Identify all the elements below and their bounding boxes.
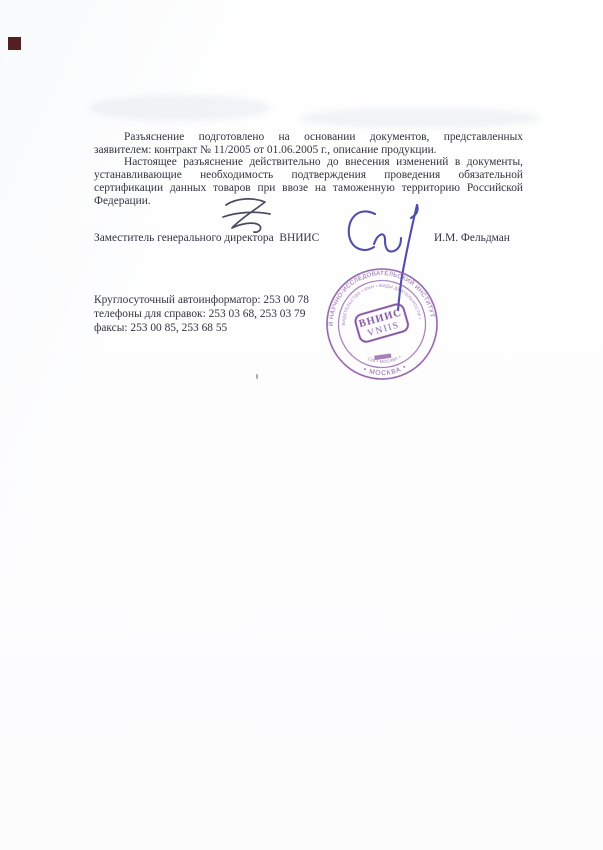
- scan-smudge: [300, 108, 540, 128]
- contact-line-faxes: факсы: 253 00 85, 253 68 55: [94, 322, 309, 336]
- scan-speck: [256, 374, 258, 379]
- vniis-stamp: ВСЕРОССИЙСКИЙ НАУЧНО-ИССЛЕДОВАТЕЛЬСКИЙ И…: [320, 262, 444, 386]
- signer-title: Заместитель генерального директора ВНИИС: [94, 232, 319, 244]
- signature-row: Заместитель генерального директора ВНИИС…: [94, 232, 523, 244]
- scanned-document-page: Разъяснение подготовлено на основании до…: [0, 0, 603, 850]
- signer-name: И.М. Фельдман: [434, 232, 510, 244]
- contact-line-autoinformer: Круглосуточный автоинформатор: 253 00 78: [94, 294, 309, 308]
- corner-scan-mark: [8, 37, 21, 50]
- document-body-text: Разъяснение подготовлено на основании до…: [94, 131, 523, 207]
- contact-line-phones: телефоны для справок: 253 03 68, 253 03 …: [94, 308, 309, 322]
- stamp-center-box: ВНИИС VNIIS: [354, 303, 410, 344]
- contact-info: Круглосуточный автоинформатор: 253 00 78…: [94, 294, 309, 336]
- scan-smudge: [90, 95, 270, 121]
- paragraph-basis: Разъяснение подготовлено на основании до…: [94, 131, 523, 156]
- paragraph-validity: Настоящее разъяснение действительно до в…: [94, 156, 523, 207]
- stamp-outer-ring: [323, 265, 440, 382]
